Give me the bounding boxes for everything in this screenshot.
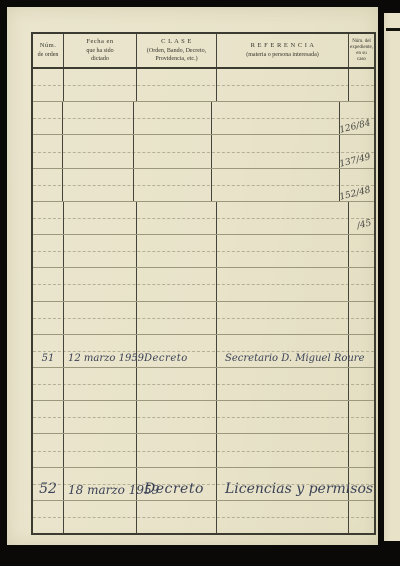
cell-fecha — [63, 169, 134, 201]
cell-num — [33, 401, 64, 433]
cell-expediente — [349, 69, 374, 101]
header-cell-referencia: R E F E R E N C I A(materia o persona in… — [217, 34, 349, 67]
table-header-row: Núm.de ordenFecha enque ha sidodictadoC … — [33, 34, 374, 69]
table-row: 5218 marzo 1959DecretoLicencias y permis… — [33, 468, 374, 501]
cell-referencia — [217, 434, 349, 466]
cell-num — [33, 69, 64, 101]
header-text-fecha: que ha sido — [65, 47, 135, 55]
cell-expediente: 152/48 — [340, 169, 374, 201]
table-row — [33, 235, 374, 268]
cell-num — [33, 268, 64, 300]
cell-num — [33, 202, 64, 234]
header-text-num: de orden — [34, 51, 62, 59]
table-body: 126/84137/49152/48/455112 marzo 1959Decr… — [33, 69, 374, 533]
cell-referencia — [217, 401, 349, 433]
cell-expediente — [349, 468, 374, 500]
header-text-fecha: dictado — [65, 55, 135, 63]
header-text-clase: (Orden, Bando, Decreto, — [138, 47, 215, 55]
cell-clase: Decreto — [137, 335, 217, 367]
cell-clase — [134, 102, 212, 134]
cell-clase — [137, 368, 217, 400]
cell-clase — [137, 235, 217, 267]
cell-referencia — [217, 202, 349, 234]
table-row — [33, 69, 374, 102]
table-row — [33, 268, 374, 301]
cell-expediente — [349, 434, 374, 466]
registry-table: Núm.de ordenFecha enque ha sidodictadoC … — [31, 32, 376, 535]
cell-expediente: 126/84 — [340, 102, 374, 134]
next-page-edge — [384, 13, 400, 541]
cell-clase — [137, 434, 217, 466]
table-row: 5112 marzo 1959DecretoSecretario D. Migu… — [33, 335, 374, 368]
table-row — [33, 434, 374, 467]
cell-expediente — [349, 401, 374, 433]
scanned-ledger-page: Núm.de ordenFecha enque ha sidodictadoC … — [0, 0, 400, 566]
handwritten-clase: Decreto — [144, 481, 204, 497]
cell-clase — [137, 69, 217, 101]
header-text-referencia: (materia o persona interesada) — [218, 51, 347, 59]
cell-num — [33, 434, 64, 466]
cell-num: 51 — [33, 335, 64, 367]
cell-num — [33, 302, 64, 334]
cell-fecha — [63, 102, 134, 134]
handwritten-expediente: 137/49 — [339, 152, 372, 169]
cell-referencia — [212, 169, 340, 201]
cell-expediente — [349, 501, 374, 533]
table-row: 126/84 — [33, 102, 374, 135]
cell-num — [33, 501, 64, 533]
corner-tick-mark — [386, 28, 400, 31]
table-row — [33, 302, 374, 335]
handwritten-fecha: 12 marzo 1959 — [68, 353, 144, 364]
cell-referencia: Licencias y permisos — [217, 468, 349, 500]
cell-referencia — [217, 268, 349, 300]
cell-num — [33, 135, 63, 167]
cell-expediente — [349, 368, 374, 400]
cell-clase — [134, 169, 212, 201]
cell-num — [33, 368, 64, 400]
cell-fecha — [64, 302, 137, 334]
cell-referencia: Secretario D. Miguel Roure — [217, 335, 349, 367]
paper-sheet: Núm.de ordenFecha enque ha sidodictadoC … — [7, 7, 378, 545]
table-row — [33, 501, 374, 533]
cell-fecha — [64, 268, 137, 300]
header-cell-num: Núm.de orden — [33, 34, 64, 67]
cell-fecha — [64, 501, 137, 533]
cell-clase — [137, 202, 217, 234]
cell-referencia — [217, 69, 349, 101]
header-text-clase: C L A S E — [138, 38, 215, 47]
cell-referencia — [212, 102, 340, 134]
cell-referencia — [217, 501, 349, 533]
cell-clase — [137, 302, 217, 334]
cell-expediente — [349, 235, 374, 267]
cell-clase — [137, 501, 217, 533]
cell-fecha: 12 marzo 1959 — [64, 335, 137, 367]
cell-fecha — [64, 434, 137, 466]
table-row: 152/48 — [33, 169, 374, 202]
header-cell-clase: C L A S E(Orden, Bando, Decreto,Providen… — [137, 34, 217, 67]
handwritten-num: 51 — [42, 353, 55, 364]
cell-expediente: 137/49 — [340, 135, 374, 167]
cell-num: 52 — [33, 468, 64, 500]
cell-clase — [137, 401, 217, 433]
cell-num — [33, 235, 64, 267]
cell-fecha — [64, 69, 137, 101]
cell-fecha: 18 marzo 1959 — [64, 468, 137, 500]
table-row — [33, 368, 374, 401]
cell-referencia — [212, 135, 340, 167]
cell-fecha — [64, 401, 137, 433]
handwritten-expediente: 126/84 — [339, 119, 372, 136]
cell-expediente — [349, 268, 374, 300]
cell-referencia — [217, 235, 349, 267]
header-text-clase: Providencia, etc.) — [138, 55, 215, 63]
cell-fecha — [64, 202, 137, 234]
cell-num — [33, 102, 63, 134]
handwritten-expediente: /45 — [356, 218, 372, 231]
table-row: 137/49 — [33, 135, 374, 168]
cell-expediente — [349, 302, 374, 334]
table-row — [33, 401, 374, 434]
handwritten-referencia: Secretario D. Miguel Roure — [225, 353, 365, 364]
header-text-fecha: Fecha en — [65, 38, 135, 47]
cell-clase — [137, 268, 217, 300]
cell-referencia — [217, 302, 349, 334]
cell-referencia — [217, 368, 349, 400]
cell-fecha — [63, 135, 134, 167]
header-cell-fecha: Fecha enque ha sidodictado — [64, 34, 137, 67]
cell-expediente — [349, 335, 374, 367]
handwritten-clase: Decreto — [144, 353, 188, 364]
cell-num — [33, 169, 63, 201]
header-text-expediente: caso — [350, 57, 373, 63]
cell-clase: Decreto — [137, 468, 217, 500]
handwritten-num: 52 — [39, 481, 57, 497]
header-text-num: Núm. — [34, 42, 62, 51]
table-row: /45 — [33, 202, 374, 235]
header-cell-expediente: Núm. delexpediente,en sucaso — [349, 34, 374, 67]
cell-fecha — [64, 235, 137, 267]
handwritten-expediente: 152/48 — [339, 185, 372, 202]
cell-fecha — [64, 368, 137, 400]
header-text-referencia: R E F E R E N C I A — [218, 42, 347, 51]
cell-clase — [134, 135, 212, 167]
cell-expediente: /45 — [349, 202, 374, 234]
